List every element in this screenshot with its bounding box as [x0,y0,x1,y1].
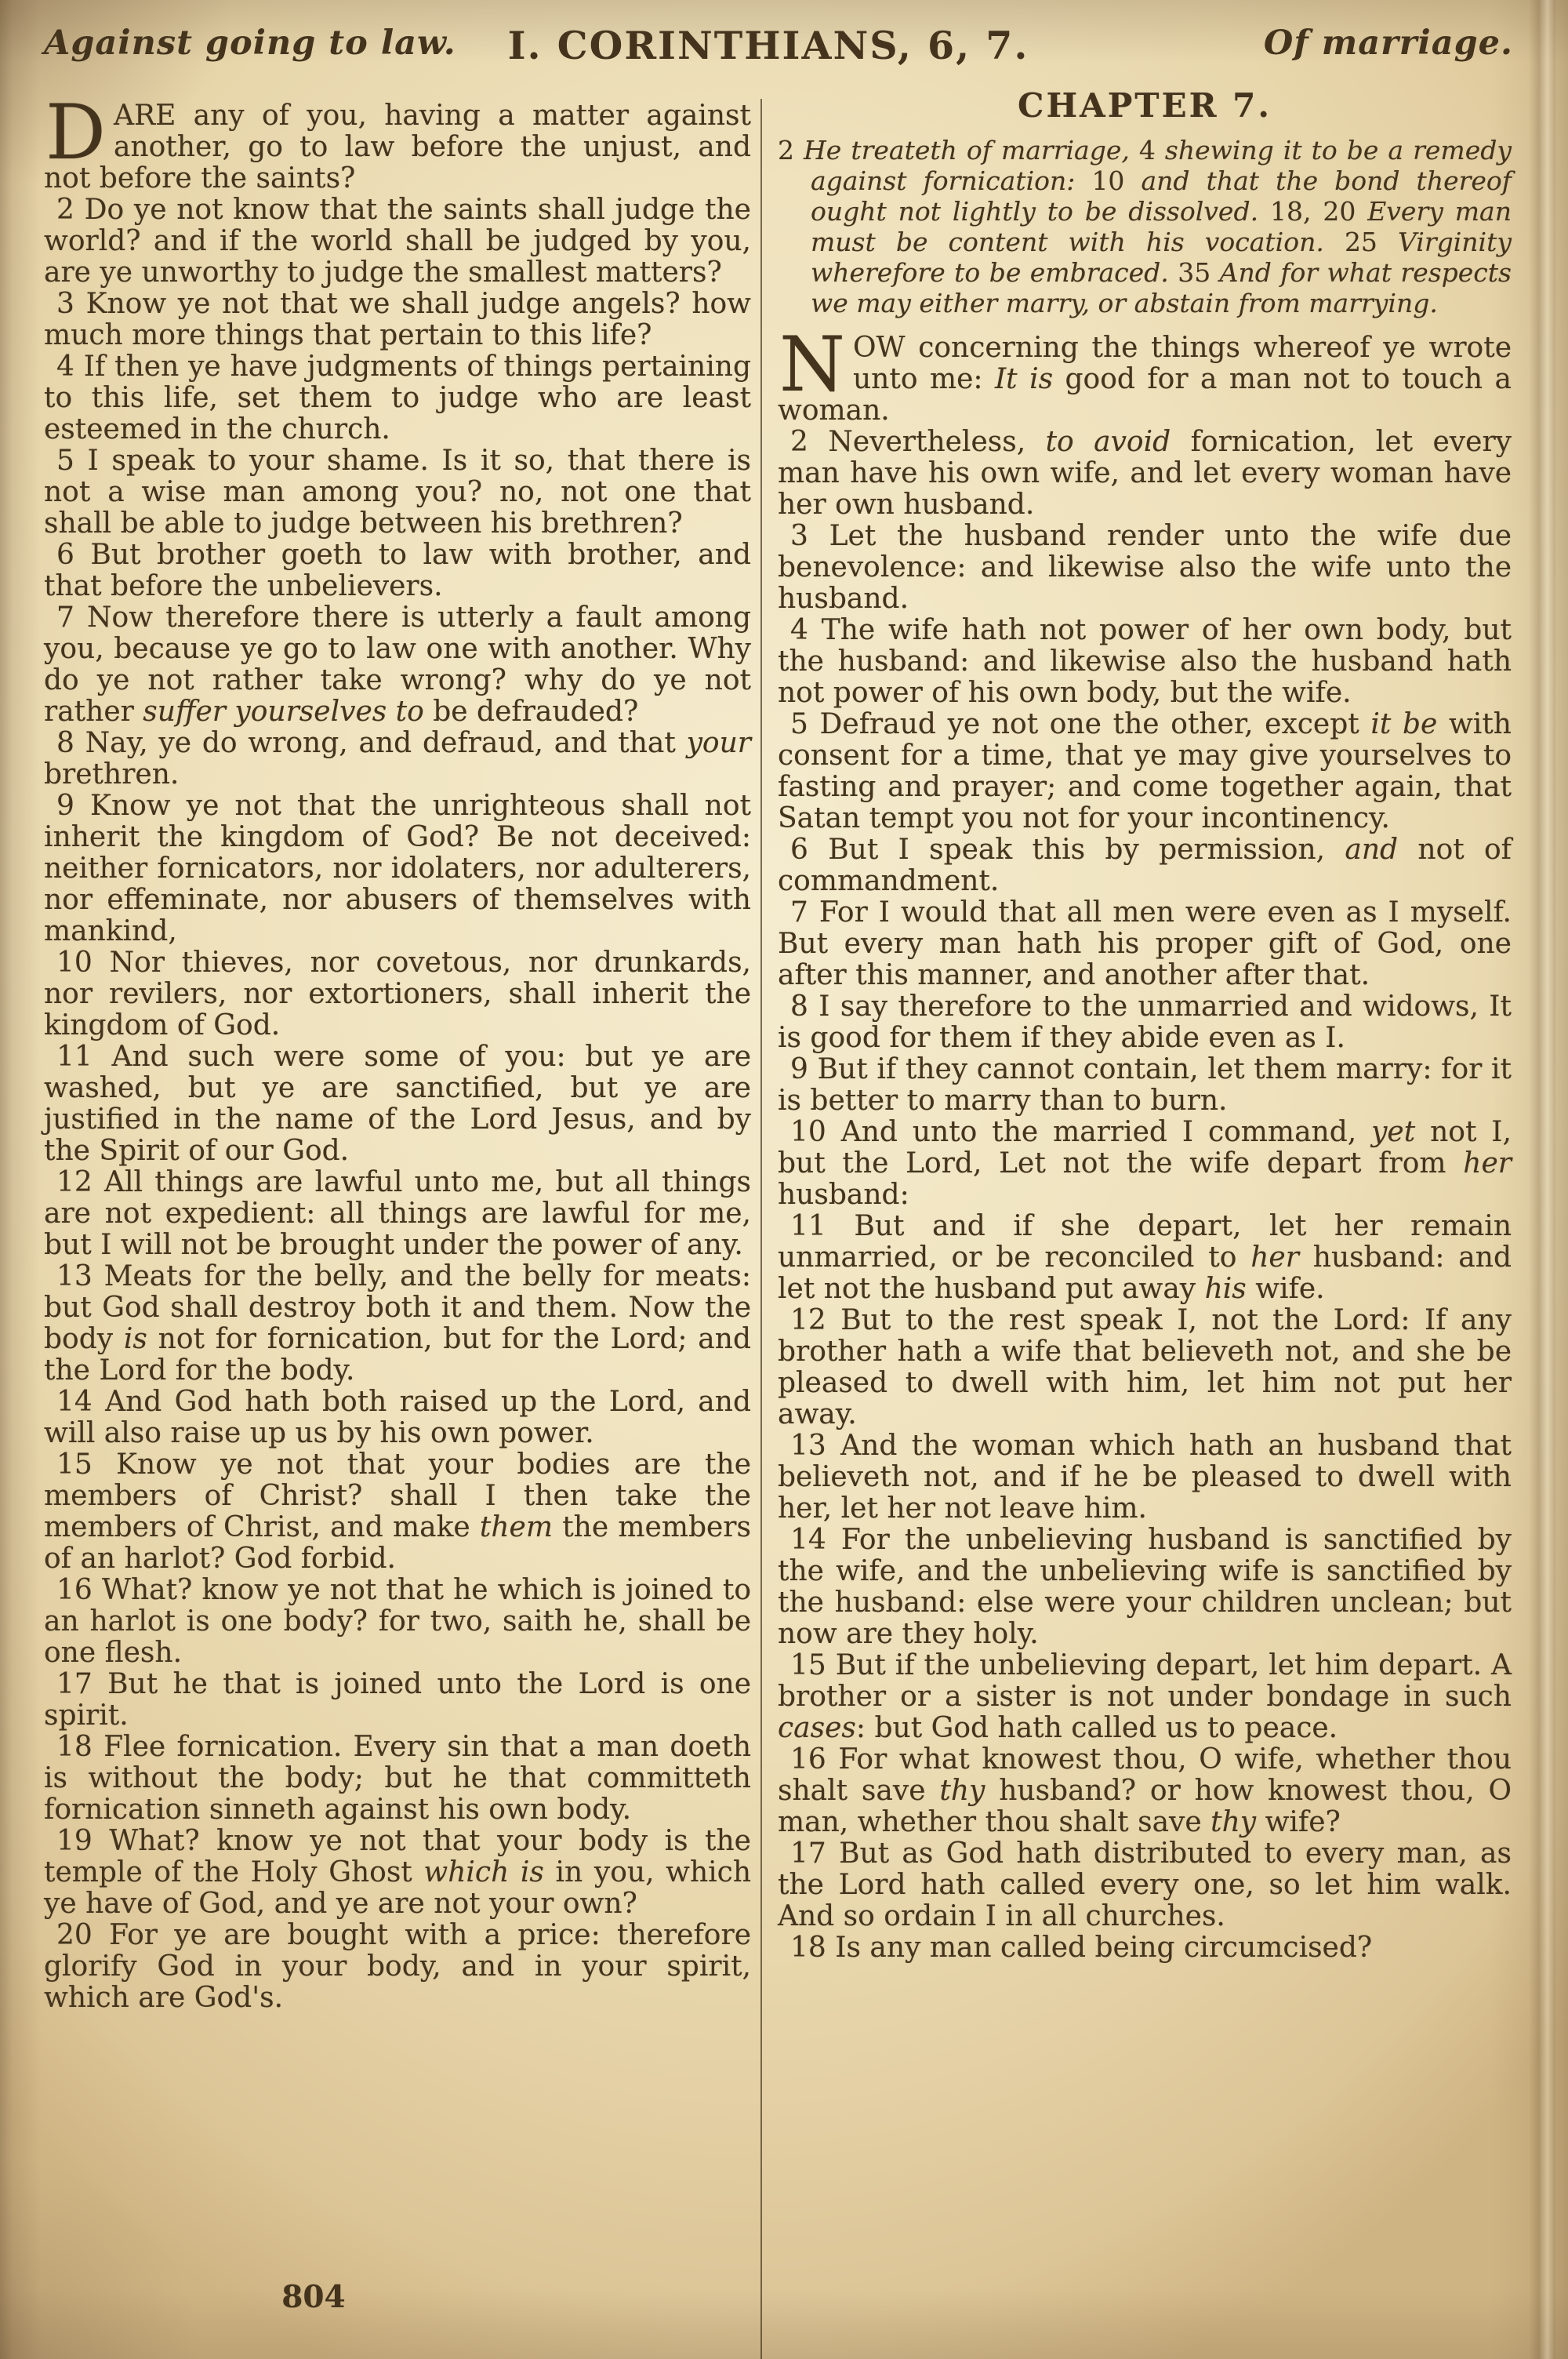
chapter-summary: 2 He treateth of marriage, 4 shewing it … [778,135,1512,318]
text-run: : but God hath called us to peace. [856,1712,1338,1744]
text-run: 3 Know ye not that we shall judge angels… [44,288,751,351]
chapter-heading: CHAPTER 7. [778,89,1512,122]
emphasis-run: her [1250,1241,1299,1274]
text-run: 4 The wife hath not power of her own bod… [778,614,1512,709]
text-run: 12 All things are lawful unto me, but al… [44,1166,751,1261]
verse: 11 But and if she depart, let her remain… [778,1211,1512,1305]
text-run: be defrauded? [424,696,638,728]
emphasis-run: suffer yourselves to [143,696,424,728]
verse: 9 But if they cannot contain, let them m… [778,1054,1512,1117]
page-number: 804 [227,2279,400,2315]
text-run: 2 Nevertheless, [790,426,1046,458]
bible-page-photo: { "header": { "left": "Against going to … [0,0,1568,2359]
column-divider-rule [760,99,762,2359]
emphasis-run: them [480,1511,553,1543]
right-text-column: CHAPTER 7. 2 He treateth of marriage, 4 … [778,85,1512,1964]
verse: DARE any of you, having a matter against… [44,100,751,194]
verse: 6 But brother goeth to law with brother,… [44,540,751,602]
text-run: wife. [1247,1273,1325,1305]
emphasis-run: 35 [1178,257,1210,288]
text-run: 5 Defraud ye not one the other, except [790,708,1370,740]
corner-shadow-bottom-left [0,2155,204,2359]
verse: 9 Know ye not that the unrighteous shall… [44,791,751,947]
text-run: 8 I say therefore to the unmarried and w… [778,990,1512,1054]
verse: 13 Meats for the belly, and the belly fo… [44,1261,751,1387]
text-run: 10 Nor thieves, nor covetous, nor drunka… [44,947,751,1041]
verse: 18 Flee fornication. Every sin that a ma… [44,1732,751,1826]
verse: 4 The wife hath not power of her own bod… [778,615,1512,709]
emphasis-run: thy [1210,1806,1256,1838]
emphasis-run: which is [423,1856,544,1888]
text-run: 11 And such were some of you: but ye are… [44,1041,751,1167]
verse: 18 Is any man called being circumcised? [778,1932,1512,1964]
verse: 16 What? know ye not that he which is jo… [44,1575,751,1669]
verse: 16 For what knowest thou, O wife, whethe… [778,1744,1512,1838]
emphasis-run: 10 [1091,165,1124,196]
text-run: 17 But as God hath distributed to every … [778,1837,1512,1932]
emphasis-run: 4 [1139,135,1156,165]
text-run: 14 For the unbelieving husband is sancti… [778,1524,1512,1650]
emphasis-run: cases [778,1712,856,1744]
text-run: He treateth of marriage, [794,135,1139,165]
emphasis-run: to avoid [1046,426,1171,458]
text-run: 18 Flee fornication. Every sin that a ma… [44,1731,751,1826]
verse: 6 But I speak this by permission, and no… [778,834,1512,897]
drop-cap: D [44,100,114,163]
verse: 10 Nor thieves, nor covetous, nor drunka… [44,947,751,1041]
emphasis-run: it be [1370,708,1437,740]
text-run: 6 But I speak this by permission, [790,834,1345,866]
verse: 11 And such were some of you: but ye are… [44,1041,751,1167]
text-run: 4 If then ye have judgments of things pe… [44,351,751,445]
verse: NOW concerning the things whereof ye wro… [778,333,1512,427]
emphasis-run: It is [995,363,1053,395]
verse: 2 Nevertheless, to avoid fornication, le… [778,427,1512,521]
emphasis-run: and [1345,834,1398,866]
text-run: 20 For ye are bought with a price: there… [44,1919,751,2014]
emphasis-run: his [1205,1273,1247,1305]
verse: 8 Nay, ye do wrong, and defraud, and tha… [44,728,751,791]
verse: 2 Do ye not know that the saints shall j… [44,194,751,289]
emphasis-run: is [124,1323,147,1355]
text-run: 17 But he that is joined unto the Lord i… [44,1668,751,1732]
emphasis-run: 2 [778,135,794,165]
verse: 15 But if the unbelieving depart, let hi… [778,1650,1512,1744]
left-text-column: DARE any of you, having a matter against… [44,100,751,2014]
text-run: 18 Is any man called being circumcised? [790,1932,1372,1964]
text-run: 14 And God hath both raised up the Lord,… [44,1386,751,1449]
text-run: 9 Know ye not that the unrighteous shall… [44,790,751,947]
verse: 17 But as God hath distributed to every … [778,1838,1512,1932]
verse: 7 Now therefore there is utterly a fault… [44,602,751,728]
text-run: 2 Do ye not know that the saints shall j… [44,194,751,289]
chapter-verses: NOW concerning the things whereof ye wro… [778,333,1512,1964]
verse: 19 What? know ye not that your body is t… [44,1826,751,1920]
emphasis-run: yet [1371,1116,1415,1148]
verse: 20 For ye are bought with a price: there… [44,1920,751,2014]
verse: 14 For the unbelieving husband is sancti… [778,1525,1512,1650]
verse: 14 And God hath both raised up the Lord,… [44,1387,751,1449]
verse: 4 If then ye have judgments of things pe… [44,351,751,445]
emphasis-run: your [687,727,751,759]
text-run: ARE any of you, having a matter against … [44,100,751,194]
text-run: 10 And unto the married I command, [790,1116,1371,1148]
verse: 5 Defraud ye not one the other, except i… [778,709,1512,834]
text-run: brethren. [44,758,179,791]
text-run: 13 And the woman which hath an husband t… [778,1430,1512,1525]
emphasis-run: her [1463,1147,1512,1179]
text-run: 8 Nay, ye do wrong, and defraud, and tha… [56,727,687,759]
text-run: 3 Let the husband render unto the wife d… [778,520,1512,615]
verse: 15 Know ye not that your bodies are the … [44,1449,751,1575]
verse: 12 All things are lawful unto me, but al… [44,1167,751,1261]
text-run: 9 But if they cannot contain, let them m… [778,1053,1512,1117]
verse: 7 For I would that all men were even as … [778,897,1512,991]
page-edge-crease [1529,0,1555,2359]
verse: 12 But to the rest speak I, not the Lord… [778,1305,1512,1430]
text-run: 16 What? know ye not that he which is jo… [44,1574,751,1669]
verse: 8 I say therefore to the unmarried and w… [778,991,1512,1054]
running-head-right: Of marriage. [1264,27,1513,60]
verse: 5 I speak to your shame. Is it so, that … [44,445,751,540]
text-run: 15 But if the unbelieving depart, let hi… [778,1649,1512,1713]
text-run: husband: [778,1179,909,1211]
verse: 3 Let the husband render unto the wife d… [778,521,1512,615]
verse: 13 And the woman which hath an husband t… [778,1430,1512,1525]
verse: 3 Know ye not that we shall judge angels… [44,289,751,351]
text-run: 6 But brother goeth to law with brother,… [44,539,751,602]
emphasis-run: thy [939,1775,985,1807]
text-run: not for fornication, but for the Lord; a… [44,1323,751,1387]
emphasis-run: 18, 20 [1270,196,1356,227]
drop-cap: N [778,333,853,395]
verse: 17 But he that is joined unto the Lord i… [44,1669,751,1732]
text-run: wife? [1256,1806,1341,1838]
verse: 10 And unto the married I command, yet n… [778,1117,1512,1211]
emphasis-run: 25 [1345,227,1377,257]
text-run: 5 I speak to your shame. Is it so, that … [44,445,751,540]
text-run: 12 But to the rest speak I, not the Lord… [778,1304,1512,1430]
text-run: 7 For I would that all men were even as … [778,896,1512,991]
